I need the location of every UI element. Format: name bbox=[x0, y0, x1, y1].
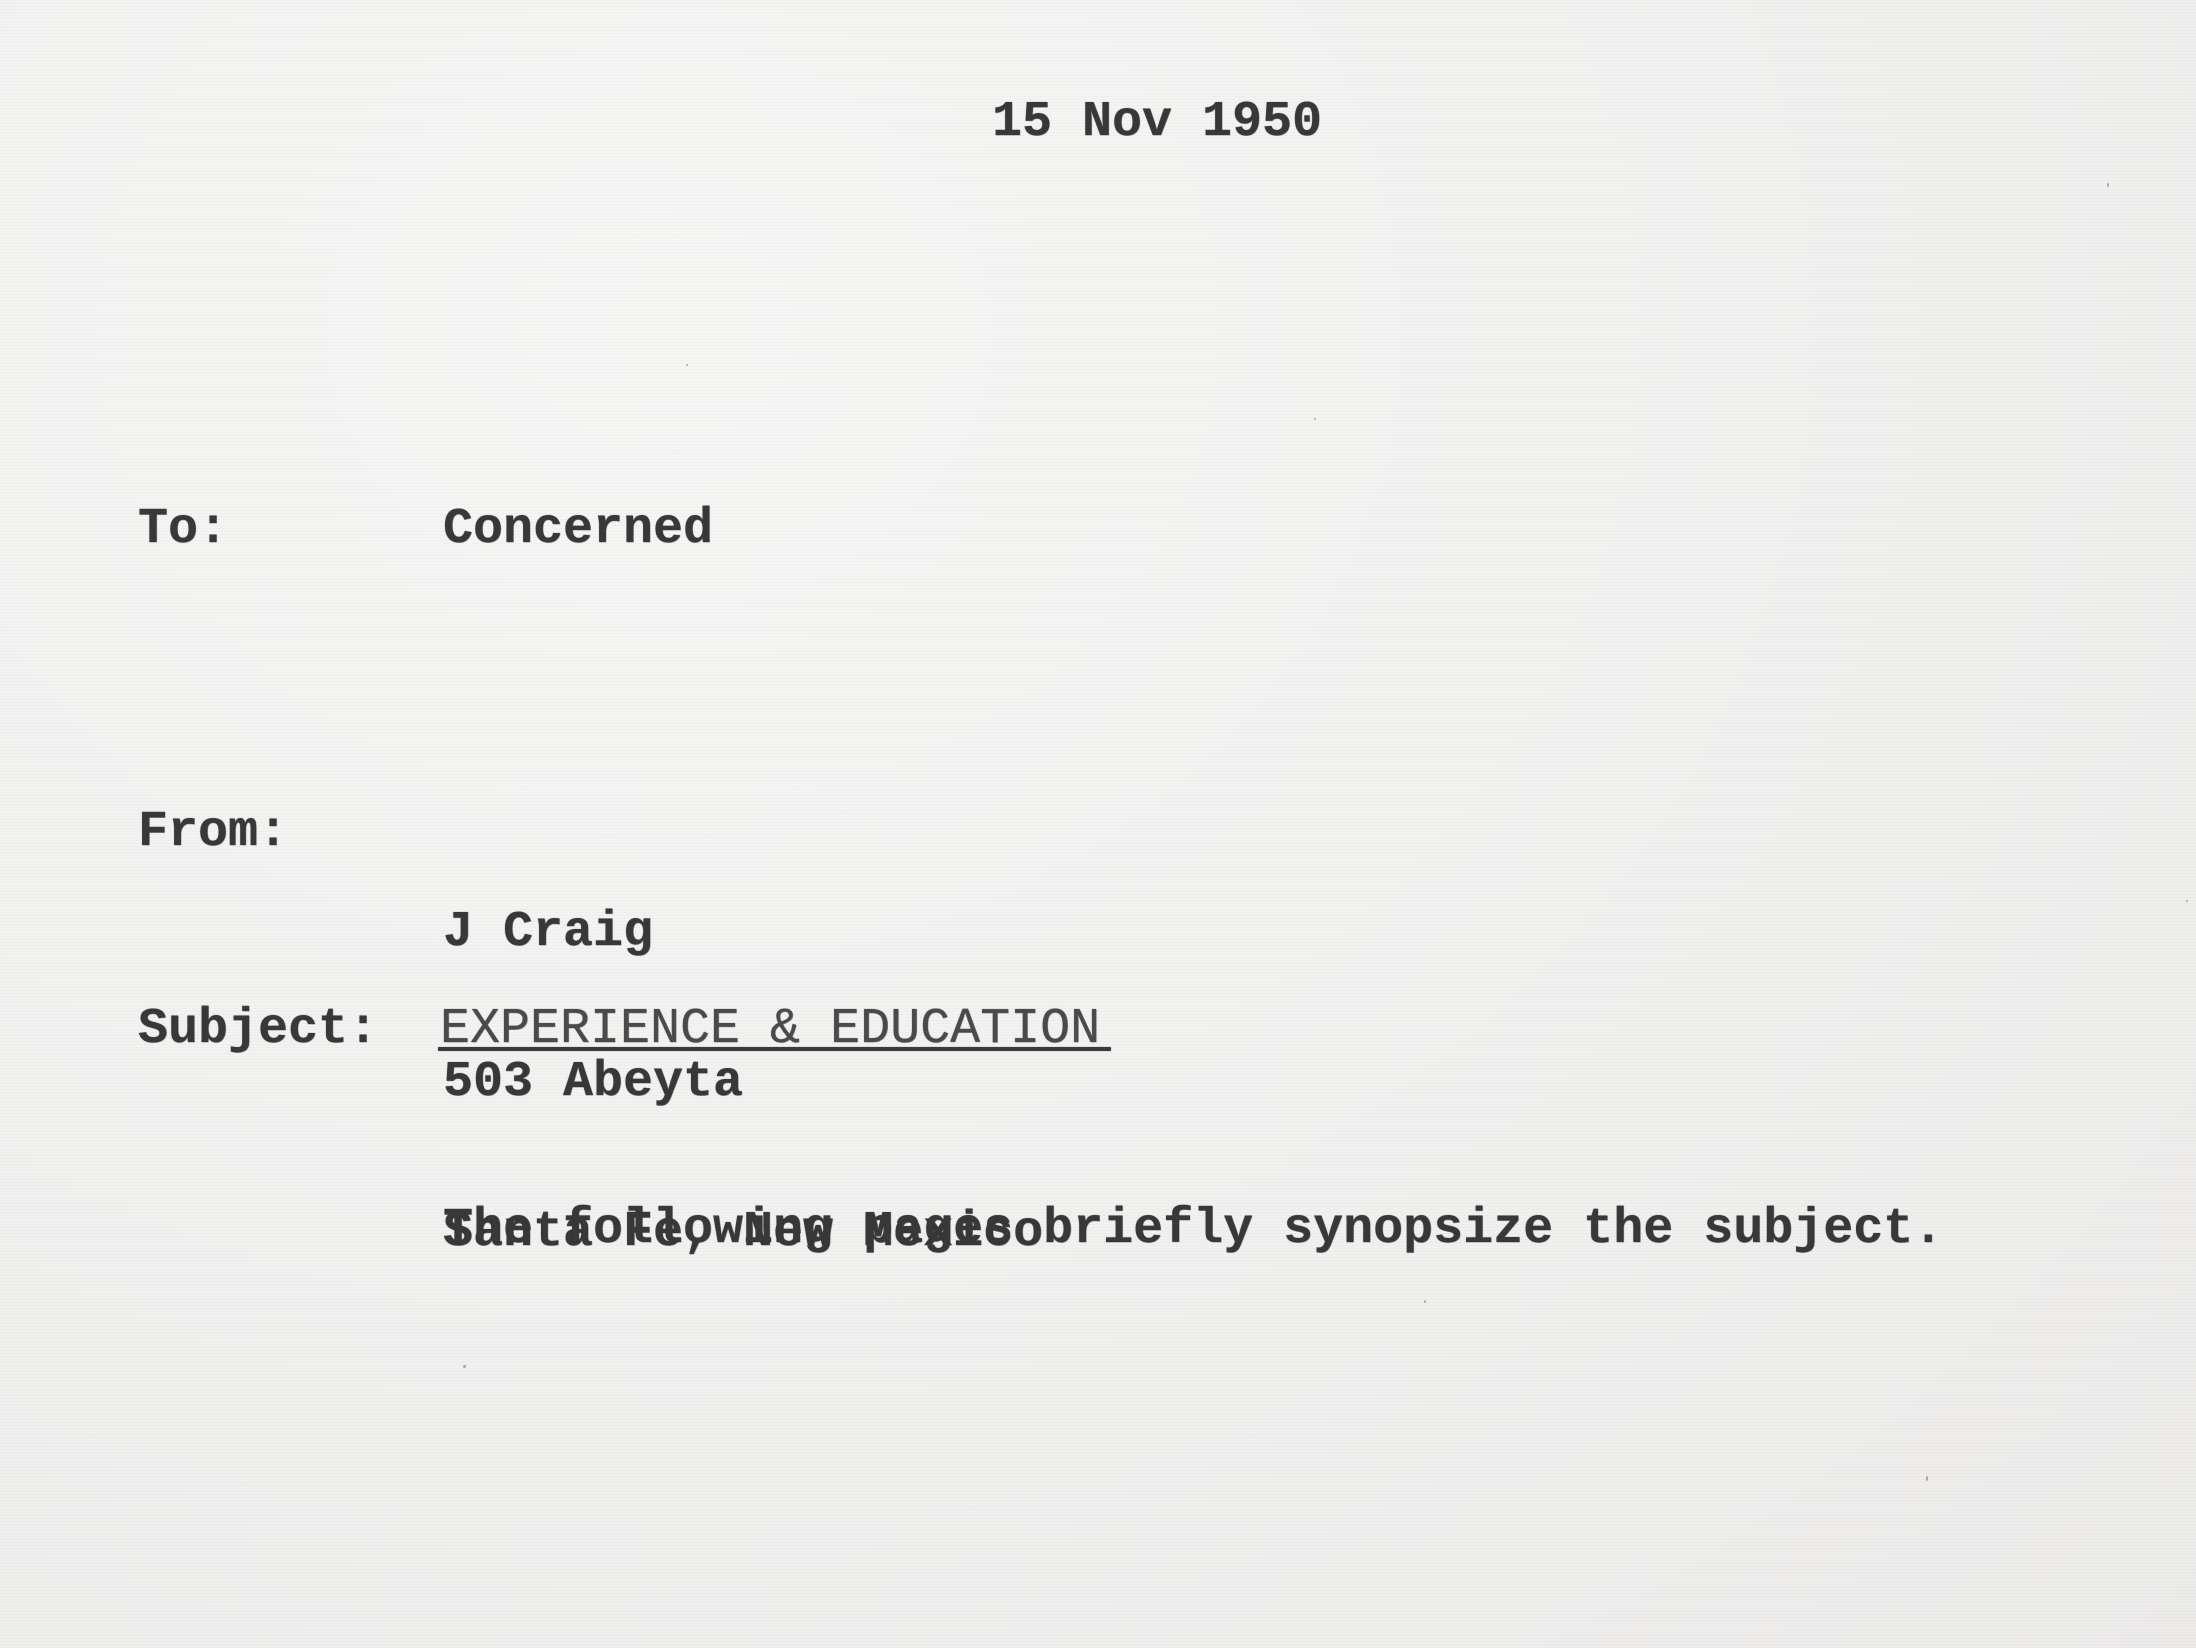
typewritten-memo-page: 15 Nov 1950 To: Concerned From: J Craig … bbox=[0, 0, 2196, 1648]
subject-underline bbox=[438, 1047, 1111, 1051]
paper-speck bbox=[1926, 1476, 1928, 1481]
from-label: From: bbox=[138, 808, 288, 858]
paper-speck bbox=[2186, 900, 2188, 902]
memo-body-text: The following pages briefly synopsize th… bbox=[443, 1205, 1943, 1255]
sender-name: J Craig bbox=[443, 908, 1043, 958]
subject-label: Subject: bbox=[138, 1005, 378, 1055]
paper-speck bbox=[463, 1365, 466, 1368]
paper-speck bbox=[2107, 183, 2109, 187]
paper-speck bbox=[1314, 418, 1316, 420]
paper-speck bbox=[1424, 1300, 1426, 1303]
sender-street: 503 Abeyta bbox=[443, 1058, 1043, 1108]
to-label: To: bbox=[138, 505, 228, 555]
memo-date: 15 Nov 1950 bbox=[992, 98, 1322, 148]
from-sender-block: J Craig 503 Abeyta Santa Fe, New Mexico bbox=[443, 808, 1043, 1358]
to-recipient: Concerned bbox=[443, 505, 713, 555]
paper-speck bbox=[686, 364, 688, 366]
